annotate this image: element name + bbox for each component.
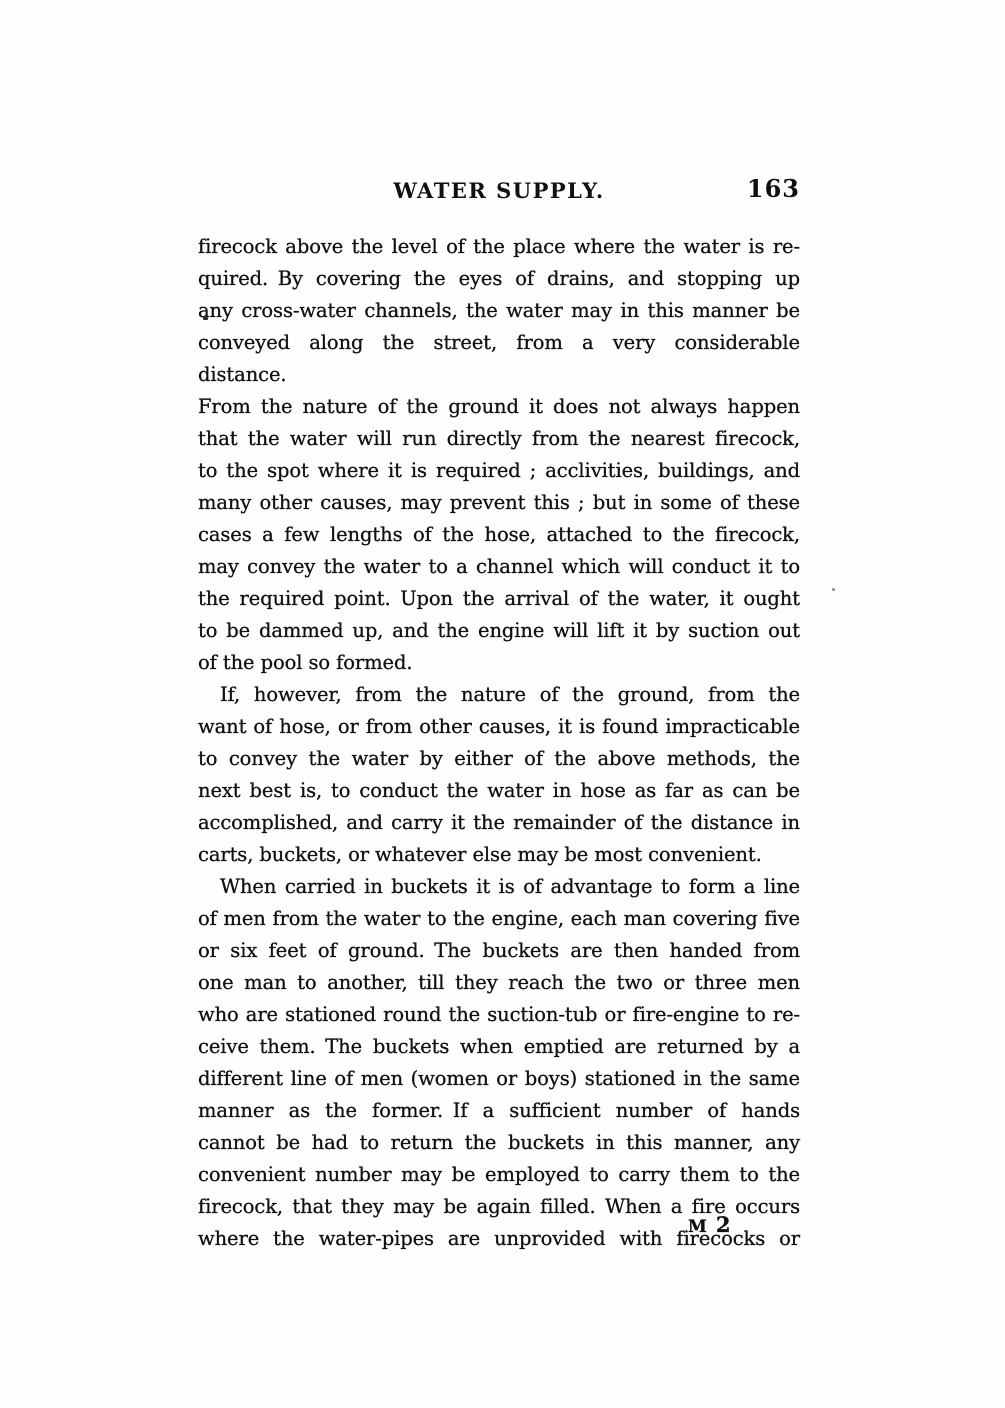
- text-line: the required point. Upon the arrival of …: [198, 583, 800, 615]
- text-line: next best is, to conduct the water in ho…: [198, 775, 800, 807]
- scanned-book-page: WATER SUPPLY. 163 firecock above the lev…: [0, 0, 1005, 1408]
- text-line: If, however, from the nature of the grou…: [198, 679, 800, 711]
- text-line: may convey the water to a channel which …: [198, 551, 800, 583]
- text-line: to convey the water by either of the abo…: [198, 743, 800, 775]
- text-line: of men from the water to the engine, eac…: [198, 903, 800, 935]
- ink-speck: [832, 588, 835, 591]
- signature-number: 2: [716, 1212, 731, 1237]
- page-number: 163: [747, 174, 800, 203]
- text-line: quired. By covering the eyes of drains, …: [198, 263, 800, 295]
- paragraph: If, however, from the nature of the grou…: [198, 679, 800, 871]
- running-head-title: WATER SUPPLY.: [393, 178, 604, 203]
- text-line: to be dammed up, and the engine will lif…: [198, 615, 800, 647]
- text-line: manner as the former. If a sufficient nu…: [198, 1095, 800, 1127]
- signature-mark: M2: [688, 1212, 730, 1240]
- ink-speck: [203, 317, 208, 320]
- text-line: want of hose, or from other causes, it i…: [198, 711, 800, 743]
- text-line: one man to another, till they reach the …: [198, 967, 800, 999]
- text-line: or six feet of ground. The buckets are t…: [198, 935, 800, 967]
- text-line: different line of men (women or boys) st…: [198, 1063, 800, 1095]
- text-line: carts, buckets, or whatever else may be …: [198, 839, 800, 871]
- paragraph: When carried in buckets it is of advanta…: [198, 871, 800, 1255]
- text-line: accomplished, and carry it the remainder…: [198, 807, 800, 839]
- text-line: ceive them. The buckets when emptied are…: [198, 1031, 800, 1063]
- text-line: to the spot where it is required ; accli…: [198, 455, 800, 487]
- text-line: many other causes, may prevent this ; bu…: [198, 487, 800, 519]
- text-line: cannot be had to return the buckets in t…: [198, 1127, 800, 1159]
- text-line: that the water will run directly from th…: [198, 423, 800, 455]
- text-line: conveyed along the street, from a very c…: [198, 327, 800, 391]
- text-line: who are stationed round the suction-tub …: [198, 999, 800, 1031]
- text-line: When carried in buckets it is of advanta…: [198, 871, 800, 903]
- signature-letter: M: [688, 1217, 707, 1237]
- text-block: firecock above the level of the place wh…: [198, 231, 800, 1255]
- text-line: From the nature of the ground it does no…: [198, 391, 800, 423]
- text-line: convenient number may be employed to car…: [198, 1159, 800, 1191]
- running-head: WATER SUPPLY. 163: [198, 176, 800, 208]
- text-line: any cross-water channels, the water may …: [198, 295, 800, 327]
- text-line: firecock above the level of the place wh…: [198, 231, 800, 263]
- text-line: cases a few lengths of the hose, attache…: [198, 519, 800, 551]
- paragraph: firecock above the level of the place wh…: [198, 231, 800, 679]
- text-line: of the pool so formed.: [198, 647, 800, 679]
